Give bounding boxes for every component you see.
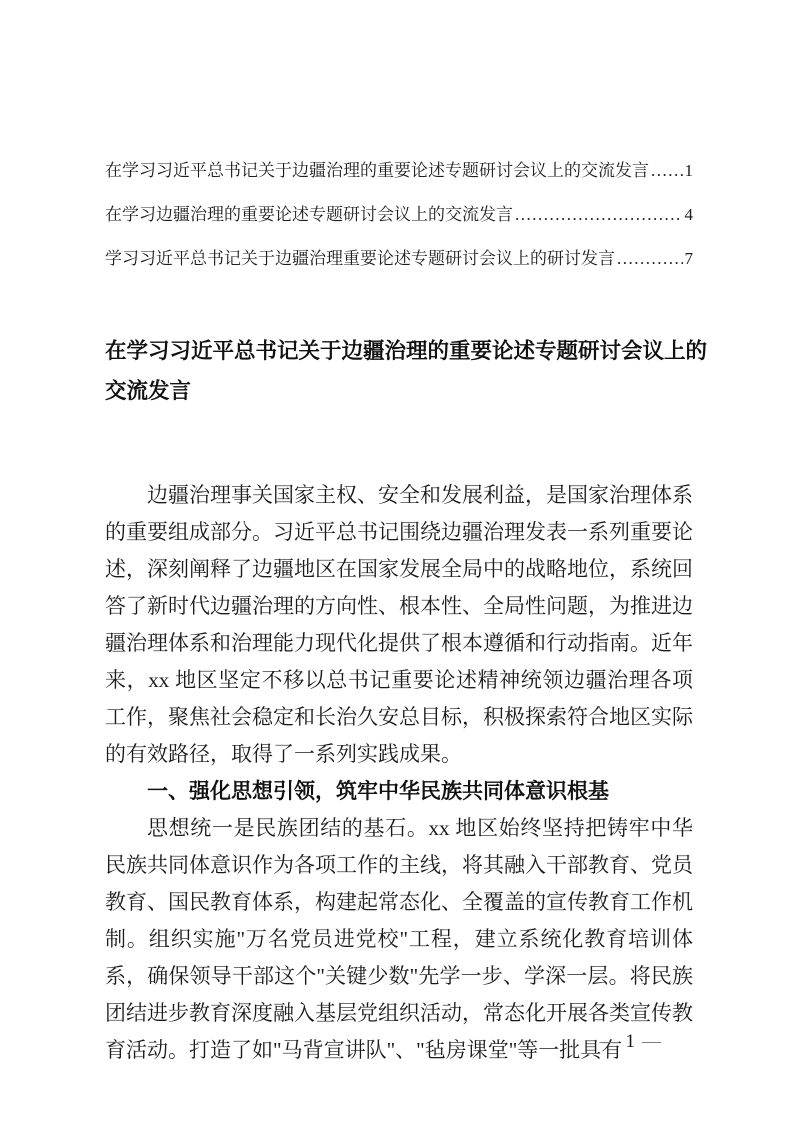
page-number-footer: —1— xyxy=(593,1031,669,1053)
toc-entry[interactable]: 在学习边疆治理的重要论述专题研讨会议上的交流发言 ...............… xyxy=(105,205,693,225)
toc-entry[interactable]: 学习习近平总书记关于边疆治理重要论述专题研讨会议上的研讨发言 .........… xyxy=(105,249,693,269)
toc-entry-title: 在学习边疆治理的重要论述专题研讨会议上的交流发言 xyxy=(105,205,513,225)
toc-page-number: 7 xyxy=(685,249,694,269)
toc-entry-title: 在学习习近平总书记关于边疆治理的重要论述专题研讨会议上的交流发言 xyxy=(105,161,649,181)
document-page: 在学习习近平总书记关于边疆治理的重要论述专题研讨会议上的交流发言 .......… xyxy=(0,0,793,1122)
page-content: 在学习习近平总书记关于边疆治理的重要论述专题研讨会议上的交流发言 .......… xyxy=(105,0,693,1069)
toc-leader-dots: ........................................… xyxy=(651,161,683,181)
toc-entry-title: 学习习近平总书记关于边疆治理重要论述专题研讨会议上的研讨发言 xyxy=(105,249,615,269)
table-of-contents: 在学习习近平总书记关于边疆治理的重要论述专题研讨会议上的交流发言 .......… xyxy=(105,0,693,269)
section-heading: 一、强化思想引领，筑牢中华民族共同体意识根基 xyxy=(105,773,693,810)
document-title: 在学习习近平总书记关于边疆治理的重要论述专题研讨会议上的交流发言 xyxy=(105,331,719,411)
toc-leader-dots: ........................................… xyxy=(515,205,683,225)
toc-page-number: 1 xyxy=(685,161,694,181)
intro-paragraph: 边疆治理事关国家主权、安全和发展利益，是国家治理体系的重要组成部分。习近平总书记… xyxy=(105,477,693,773)
toc-page-number: 4 xyxy=(685,205,694,225)
footer-dash-right: — xyxy=(642,1031,661,1052)
toc-entry[interactable]: 在学习习近平总书记关于边疆治理的重要论述专题研讨会议上的交流发言 .......… xyxy=(105,161,693,181)
footer-page-number: 1 xyxy=(626,1031,636,1052)
toc-leader-dots: ........................................… xyxy=(617,249,683,269)
footer-dash-left: — xyxy=(600,1031,619,1052)
